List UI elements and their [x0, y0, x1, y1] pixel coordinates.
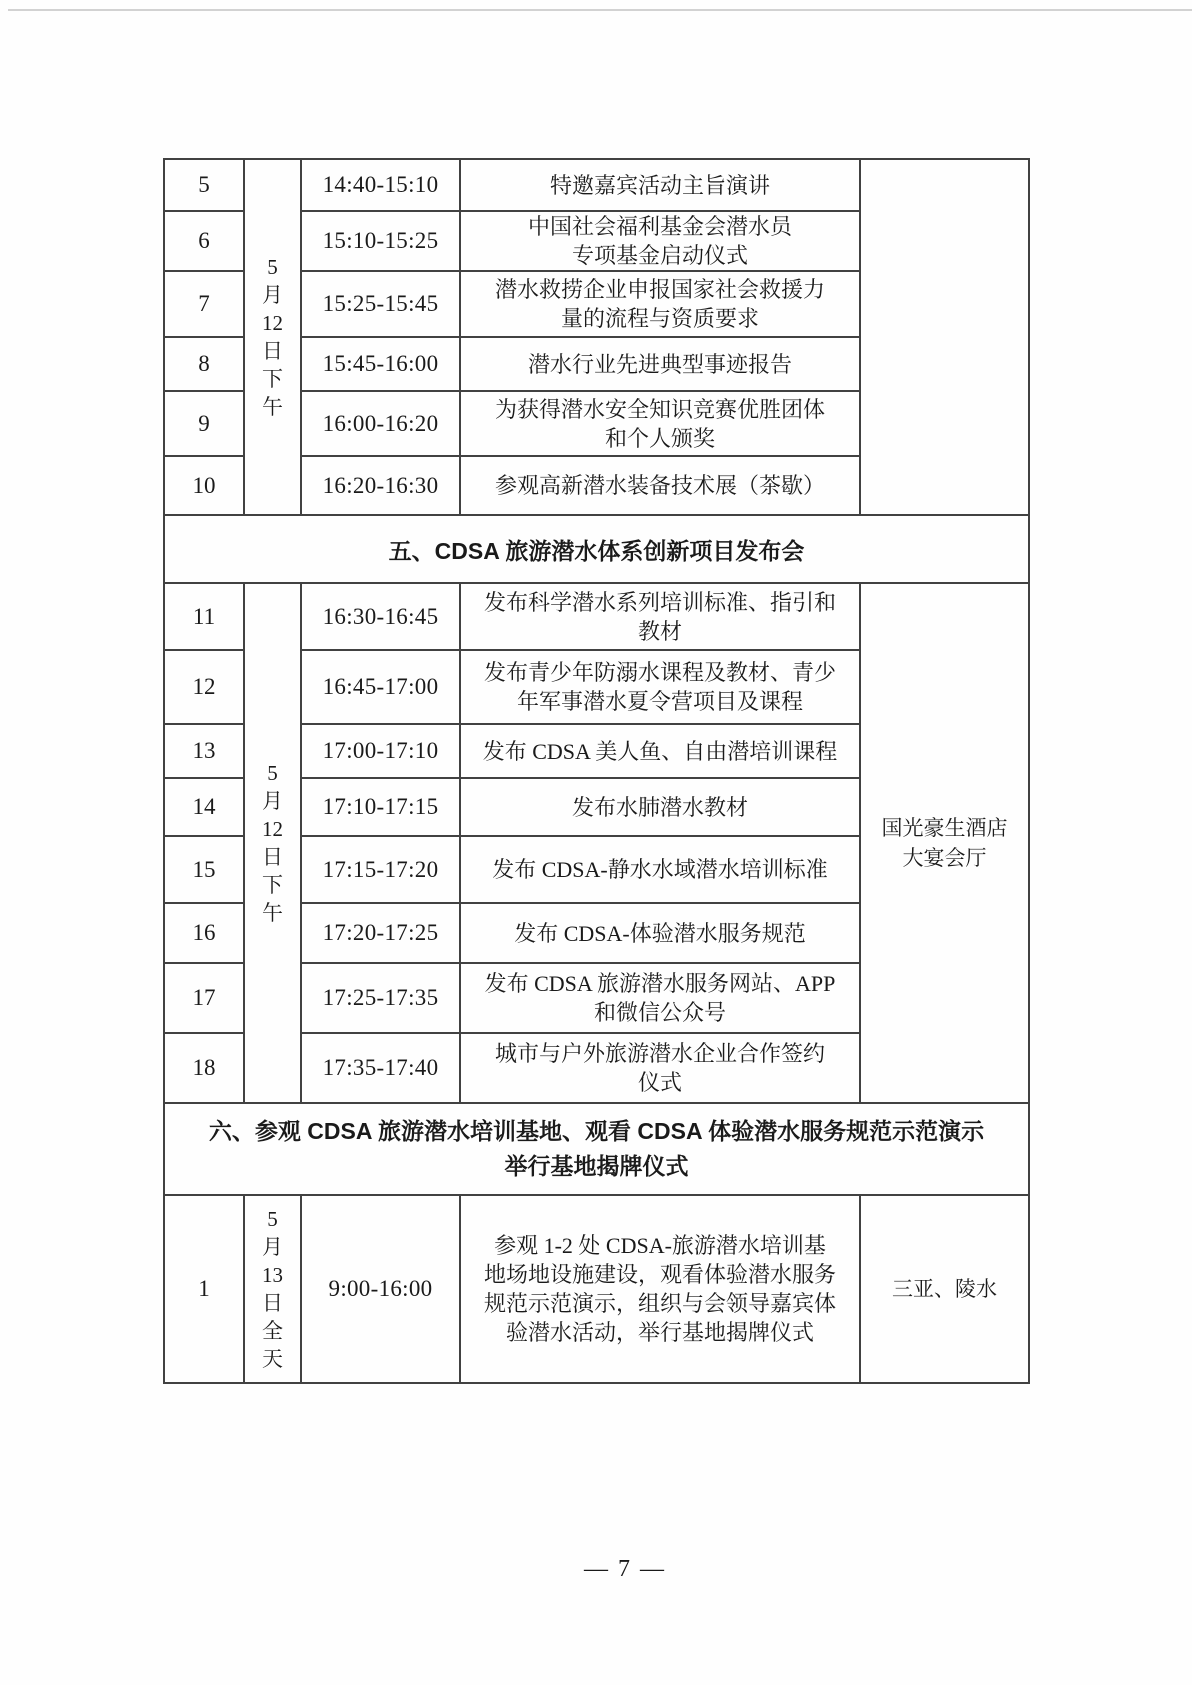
row-number-cell: 5 [164, 159, 244, 211]
activity-line: 城市与户外旅游潜水企业合作签约 [461, 1039, 859, 1068]
activity-cell: 中国社会福利基金会潜水员 专项基金启动仪式 [460, 211, 860, 271]
time-cell: 17:15-17:20 [301, 836, 460, 903]
date-char: 5 [245, 759, 300, 787]
activity-line: 发布青少年防溺水课程及教材、青少 [461, 658, 859, 687]
time-cell: 15:45-16:00 [301, 337, 460, 391]
activity-cell: 发布水肺潜水教材 [460, 778, 860, 836]
activity-cell: 发布 CDSA-体验潜水服务规范 [460, 903, 860, 963]
activity-cell: 发布 CDSA 美人鱼、自由潜培训课程 [460, 724, 860, 778]
date-char: 下 [245, 365, 300, 393]
schedule-row-11: 11 5 月 12 日 下 午 16:30-16:45 发布科学潜水系列培训标准… [164, 583, 1029, 650]
scanned-document-page: 5 5 月 12 日 下 午 14:40-15:10 特邀嘉宾活动主旨演讲 [0, 0, 1192, 1685]
row-number-cell: 17 [164, 963, 244, 1033]
activity-line: 为获得潜水安全知识竞赛优胜团体 [461, 395, 859, 424]
time-cell: 17:35-17:40 [301, 1033, 460, 1103]
activity-line: 发布 CDSA 旅游潜水服务网站、APP [461, 969, 859, 998]
date-char: 午 [245, 393, 300, 421]
time-cell: 17:25-17:35 [301, 963, 460, 1033]
row-number-cell: 15 [164, 836, 244, 903]
section-6-header: 六、参观 CDSA 旅游潜水培训基地、观看 CDSA 体验潜水服务规范示范演示 … [164, 1103, 1029, 1195]
date-char: 12 [245, 309, 300, 337]
activity-line: 专项基金启动仪式 [461, 241, 859, 270]
activity-line: 和微信公众号 [461, 998, 859, 1027]
vertical-date: 5 月 13 日 全 天 [245, 1205, 300, 1373]
row-number-cell: 10 [164, 456, 244, 515]
activity-line: 潜水救捞企业申报国家社会救援力 [461, 275, 859, 304]
activity-cell: 发布 CDSA 旅游潜水服务网站、APP 和微信公众号 [460, 963, 860, 1033]
activity-line: 发布 CDSA 美人鱼、自由潜培训课程 [461, 737, 859, 766]
time-cell: 17:20-17:25 [301, 903, 460, 963]
activity-cell: 发布科学潜水系列培训标准、指引和 教材 [460, 583, 860, 650]
date-char: 13 [245, 1261, 300, 1289]
activity-cell: 潜水行业先进典型事迹报告 [460, 337, 860, 391]
vertical-date: 5 月 12 日 下 午 [245, 759, 300, 927]
activity-cell: 发布青少年防溺水课程及教材、青少 年军事潜水夏令营项目及课程 [460, 650, 860, 724]
row-number-cell: 12 [164, 650, 244, 724]
section-5-header-row: 五、CDSA 旅游潜水体系创新项目发布会 [164, 515, 1029, 583]
date-cell: 5 月 12 日 下 午 [244, 583, 301, 1103]
date-char: 天 [245, 1345, 300, 1373]
row-number-cell: 18 [164, 1033, 244, 1103]
date-char: 下 [245, 871, 300, 899]
row-number-cell: 9 [164, 391, 244, 456]
activity-cell: 特邀嘉宾活动主旨演讲 [460, 159, 860, 211]
venue-line: 国光豪生酒店 [861, 813, 1028, 843]
date-char: 12 [245, 815, 300, 843]
scan-artifact-line [8, 9, 1192, 11]
date-char: 日 [245, 337, 300, 365]
venue-cell: 国光豪生酒店 大宴会厅 [860, 583, 1029, 1103]
date-char: 月 [245, 281, 300, 309]
activity-line: 发布 CDSA-静水水域潜水培训标准 [461, 855, 859, 884]
activity-line: 地场地设施建设，观看体验潜水服务 [461, 1260, 859, 1289]
row-number-cell: 11 [164, 583, 244, 650]
section-header-line: 举行基地揭牌仪式 [165, 1149, 1028, 1184]
time-cell: 17:00-17:10 [301, 724, 460, 778]
row-number-cell: 16 [164, 903, 244, 963]
schedule-row-1-may13: 1 5 月 13 日 全 天 9:00-16:00 参观 1-2 处 CDSA-… [164, 1195, 1029, 1383]
date-cell: 5 月 13 日 全 天 [244, 1195, 301, 1383]
activity-cell: 参观 1-2 处 CDSA-旅游潜水培训基 地场地设施建设，观看体验潜水服务 规… [460, 1195, 860, 1383]
date-char: 全 [245, 1317, 300, 1345]
activity-line: 仪式 [461, 1068, 859, 1097]
activity-line: 发布科学潜水系列培训标准、指引和 [461, 588, 859, 617]
activity-line: 年军事潜水夏令营项目及课程 [461, 687, 859, 716]
time-cell: 15:10-15:25 [301, 211, 460, 271]
venue-line: 大宴会厅 [861, 843, 1028, 873]
row-number-cell: 13 [164, 724, 244, 778]
section-5-header: 五、CDSA 旅游潜水体系创新项目发布会 [164, 515, 1029, 583]
row-number-cell: 6 [164, 211, 244, 271]
activity-line: 和个人颁奖 [461, 424, 859, 453]
time-cell: 16:00-16:20 [301, 391, 460, 456]
activity-line: 教材 [461, 617, 859, 646]
date-char: 午 [245, 899, 300, 927]
row-number-cell: 8 [164, 337, 244, 391]
activity-line: 潜水行业先进典型事迹报告 [461, 350, 859, 379]
activity-cell: 城市与户外旅游潜水企业合作签约 仪式 [460, 1033, 860, 1103]
activity-line: 中国社会福利基金会潜水员 [461, 212, 859, 241]
activity-line: 规范示范演示，组织与会领导嘉宾体 [461, 1289, 859, 1318]
date-char: 日 [245, 1289, 300, 1317]
activity-line: 发布水肺潜水教材 [461, 793, 859, 822]
time-cell: 16:20-16:30 [301, 456, 460, 515]
row-number-cell: 7 [164, 271, 244, 337]
time-cell: 16:30-16:45 [301, 583, 460, 650]
row-number-cell: 1 [164, 1195, 244, 1383]
date-char: 5 [245, 253, 300, 281]
venue-cell: 三亚、陵水 [860, 1195, 1029, 1383]
activity-line: 验潜水活动，举行基地揭牌仪式 [461, 1318, 859, 1347]
activity-line: 发布 CDSA-体验潜水服务规范 [461, 919, 859, 948]
time-cell: 15:25-15:45 [301, 271, 460, 337]
activity-line: 特邀嘉宾活动主旨演讲 [461, 171, 859, 200]
activity-cell: 参观高新潜水装备技术展（茶歇） [460, 456, 860, 515]
time-cell: 17:10-17:15 [301, 778, 460, 836]
venue-cell-empty [860, 159, 1029, 515]
date-char: 月 [245, 787, 300, 815]
schedule-table: 5 5 月 12 日 下 午 14:40-15:10 特邀嘉宾活动主旨演讲 [163, 158, 1030, 1384]
time-cell: 9:00-16:00 [301, 1195, 460, 1383]
activity-line: 量的流程与资质要求 [461, 304, 859, 333]
vertical-date: 5 月 12 日 下 午 [245, 253, 300, 421]
date-cell: 5 月 12 日 下 午 [244, 159, 301, 515]
date-char: 5 [245, 1205, 300, 1233]
activity-line: 参观 1-2 处 CDSA-旅游潜水培训基 [461, 1231, 859, 1260]
activity-line: 参观高新潜水装备技术展（茶歇） [461, 471, 859, 500]
section-6-header-row: 六、参观 CDSA 旅游潜水培训基地、观看 CDSA 体验潜水服务规范示范演示 … [164, 1103, 1029, 1195]
activity-cell: 潜水救捞企业申报国家社会救援力 量的流程与资质要求 [460, 271, 860, 337]
activity-cell: 为获得潜水安全知识竞赛优胜团体 和个人颁奖 [460, 391, 860, 456]
time-cell: 16:45-17:00 [301, 650, 460, 724]
schedule-row-5: 5 5 月 12 日 下 午 14:40-15:10 特邀嘉宾活动主旨演讲 [164, 159, 1029, 211]
date-char: 日 [245, 843, 300, 871]
time-cell: 14:40-15:10 [301, 159, 460, 211]
row-number-cell: 14 [164, 778, 244, 836]
date-char: 月 [245, 1233, 300, 1261]
page-number: — 7 — [0, 1556, 1192, 1583]
activity-cell: 发布 CDSA-静水水域潜水培训标准 [460, 836, 860, 903]
venue-line: 三亚、陵水 [861, 1274, 1028, 1304]
section-header-line: 六、参观 CDSA 旅游潜水培训基地、观看 CDSA 体验潜水服务规范示范演示 [165, 1114, 1028, 1149]
